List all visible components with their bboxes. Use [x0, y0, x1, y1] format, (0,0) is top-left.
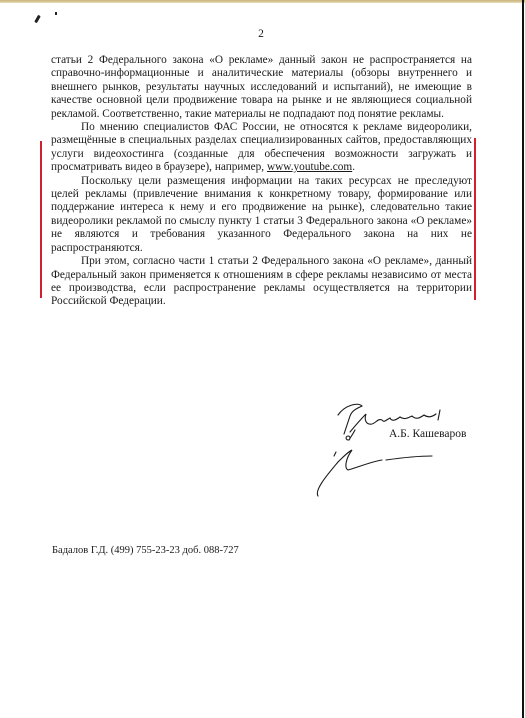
paragraph-2-end: .: [352, 161, 355, 173]
window-right-border: [522, 0, 524, 718]
scan-mark: [34, 15, 41, 23]
paragraph-1: статьи 2 Федерального закона «О рекламе»…: [51, 54, 472, 121]
highlight-bar-left: [40, 141, 42, 298]
paragraph-4: При этом, согласно части 1 статьи 2 Феде…: [51, 255, 472, 309]
contact-line: Бадалов Г.Д. (499) 755-23-23 доб. 088-72…: [52, 545, 239, 556]
paragraph-3: Поскольку цели размещения информации на …: [51, 175, 472, 255]
youtube-link[interactable]: www.youtube.com: [267, 161, 352, 173]
paragraph-2-text: По мнению специалистов ФАС России, не от…: [51, 121, 472, 173]
document-body: статьи 2 Федерального закона «О рекламе»…: [51, 54, 472, 309]
signer-name: А.Б. Кашеваров: [389, 428, 466, 440]
paragraph-2: По мнению специалистов ФАС России, не от…: [51, 121, 472, 175]
scan-mark: [55, 12, 57, 15]
handwritten-signature-icon: [300, 390, 480, 510]
page-number: 2: [0, 28, 522, 40]
highlight-bar-right: [474, 138, 476, 300]
